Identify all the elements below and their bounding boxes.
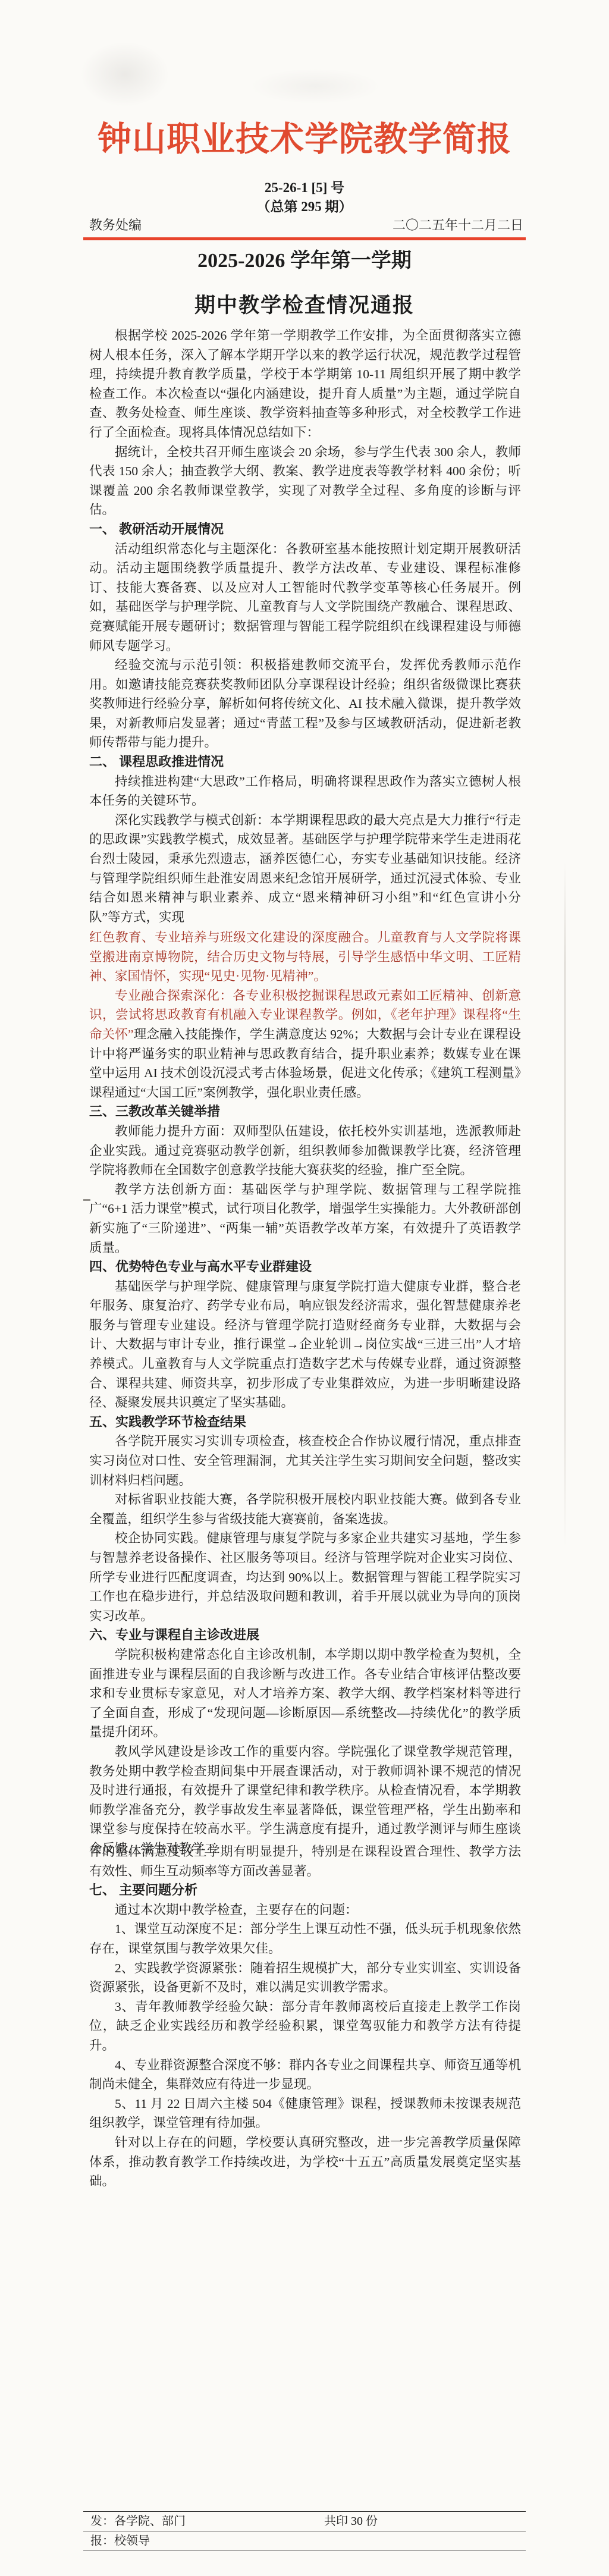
- editor-credit: 教务处编: [89, 215, 142, 234]
- paragraph: 对标省职业技能大赛，各学院积极开展校内职业技能大赛。做到各专业全覆盖，组织学生参…: [89, 1490, 521, 1529]
- problem-item-1: 1、课堂互动深度不足：部分学生上课互动性不强，低头玩手机现象依然存在，课堂氛围与…: [89, 1919, 521, 1958]
- paragraph: 教学方法创新方面：基础医学与护理学院、数据管理与工程学院推广“6+1 活力课堂”…: [89, 1180, 521, 1257]
- paragraph: 据统计，全校共召开师生座谈会 20 余场，参与学生代表 300 余人，教师代表 …: [89, 443, 521, 520]
- copies-count: 共印 30 份: [324, 2512, 378, 2531]
- paragraph: 持续推进构建“大思政”工作格局，明确将课程思政作为落实立德树人根本任务的关键环节…: [89, 772, 521, 811]
- paragraph: 各学院开展实习实训专项检查，核查校企合作协议履行情况，重点排查实习岗位对口性、安…: [89, 1432, 521, 1490]
- semester-title: 2025-2026 学年第一学期: [0, 244, 609, 273]
- issue-total-number: （总第 295 期）: [0, 196, 609, 215]
- section-heading-5: 五、实践教学环节检查结果: [89, 1413, 521, 1432]
- section-heading-3: 三、三教改革关键举措: [89, 1102, 521, 1122]
- paragraph: 根据学校 2025-2026 学年第一学期教学工作安排，为全面贯彻落实立德树人根…: [89, 326, 521, 443]
- section-heading-1: 一、 教研活动开展情况: [89, 520, 521, 539]
- document-title: 期中教学检查情况通报: [0, 289, 609, 319]
- red-divider-rule: [83, 237, 526, 240]
- masthead-title: 钟山职业技术学院教学简报: [0, 112, 609, 161]
- paragraph-mixed-color: 专业融合探索深化：各专业积极挖掘课程思政元素如工匠精神、创新意识，尝试将思政教育…: [89, 986, 521, 1103]
- footer-distribution-box: 发：各学院、部门 共印 30 份 报：校领导: [83, 2511, 526, 2550]
- section-heading-4: 四、优势特色专业与高水平专业群建设: [89, 1257, 521, 1277]
- scan-smudge: [80, 42, 169, 107]
- paragraph: 教师能力提升方面：双师型队伍建设，依托校外实训基地，选派教师赴企业实践。通过竞赛…: [89, 1122, 521, 1180]
- problem-item-3: 3、青年教师教学经验欠缺：部分青年教师离校后直接走上教学工作岗位，缺乏企业实践经…: [89, 1997, 521, 2056]
- document-page: 钟山职业技术学院教学简报 25-26-1 [5] 号 （总第 295 期） 教务…: [0, 0, 609, 2576]
- body-page-1: 根据学校 2025-2026 学年第一学期教学工作安排，为全面贯彻落实立德树人根…: [89, 326, 521, 927]
- scan-edge-artifact: [564, 862, 566, 1546]
- publish-date: 二〇二五年十二月二日: [393, 215, 523, 234]
- problem-item-2: 2、实践教学资源紧张：随着招生规模扩大，部分专业实训室、实训设备资源紧张，设备更…: [89, 1959, 521, 1997]
- paragraph: 学院积极构建常态化自主诊改机制，本学期以期中教学检查为契机，全面推进专业与课程层…: [89, 1645, 521, 1742]
- paragraph: 通过本次期中教学检查，主要存在的问题：: [89, 1900, 521, 1920]
- paragraph-continuation: 作的整体满意度较上学期有明显提升，特别是在课程设置合理性、教学方法有效性、师生互…: [89, 1842, 521, 1881]
- paragraph: 校企协同实践。健康管理与康复学院与多家企业共建实习基地，学生参与智慧养老设备操作…: [89, 1529, 521, 1626]
- closing-paragraph: 针对以上存在的问题，学校要认真研究整改，进一步完善教学质量保障体系，推动教育教学…: [89, 2133, 521, 2191]
- footer-send-row: 发：各学院、部门 共印 30 份: [83, 2511, 526, 2531]
- paragraph: 经验交流与示范引领：积极搭建教师交流平台，发挥优秀教师示范作用。如邀请技能竞赛获…: [89, 655, 521, 752]
- paragraph: 深化实践教学与模式创新：本学期课程思政的最大亮点是大力推行“行走的思政课”实践教…: [89, 811, 521, 927]
- scan-smudge: [250, 68, 381, 104]
- paragraph: 基础医学与护理学院、健康管理与康复学院打造大健康专业群，整合老年服务、康复治疗、…: [89, 1277, 521, 1413]
- footer-report-label: 报：校领导: [90, 2534, 150, 2547]
- footer-send-label: 发：各学院、部门: [90, 2515, 186, 2528]
- section-heading-2: 二、 课程思政推进情况: [89, 752, 521, 772]
- section-heading-6: 六、专业与课程自主诊改进展: [89, 1626, 521, 1645]
- section-heading-7: 七、 主要问题分析: [89, 1881, 521, 1900]
- paragraph: 教风学风建设是诊改工作的重要内容。学院强化了课堂教学规范管理，教务处期中教学检查…: [89, 1742, 521, 1859]
- footer-report-row: 报：校领导: [83, 2531, 526, 2550]
- black-text-segment: 理念融入技能操作，学生满意度达 92%；大数据与会计专业在课程设计中将严谨务实的…: [89, 1027, 521, 1100]
- issue-number: 25-26-1 [5] 号: [0, 177, 609, 196]
- masthead-meta-row: 教务处编 二〇二五年十二月二日: [89, 215, 523, 234]
- paragraph-red-continuation: 红色教育、专业培养与班级文化建设的深度融合。儿童教育与人文学院将课堂搬进南京博物…: [89, 928, 521, 986]
- problem-item-5: 5、11 月 22 日周六主楼 504《健康管理》课程，授课教师未按课表规范组织…: [89, 2094, 521, 2133]
- paragraph: 活动组织常态化与主题深化：各教研室基本能按照计划定期开展教研活动。活动主题围绕教…: [89, 539, 521, 656]
- problem-item-4: 4、专业群资源整合深度不够：群内各专业之间课程共享、师资互通等机制尚未健全，集群…: [89, 2056, 521, 2094]
- body-page-3: 作的整体满意度较上学期有明显提升，特别是在课程设置合理性、教学方法有效性、师生互…: [89, 1842, 521, 2191]
- body-page-2: 红色教育、专业培养与班级文化建设的深度融合。儿童教育与人文学院将课堂搬进南京博物…: [89, 928, 521, 1859]
